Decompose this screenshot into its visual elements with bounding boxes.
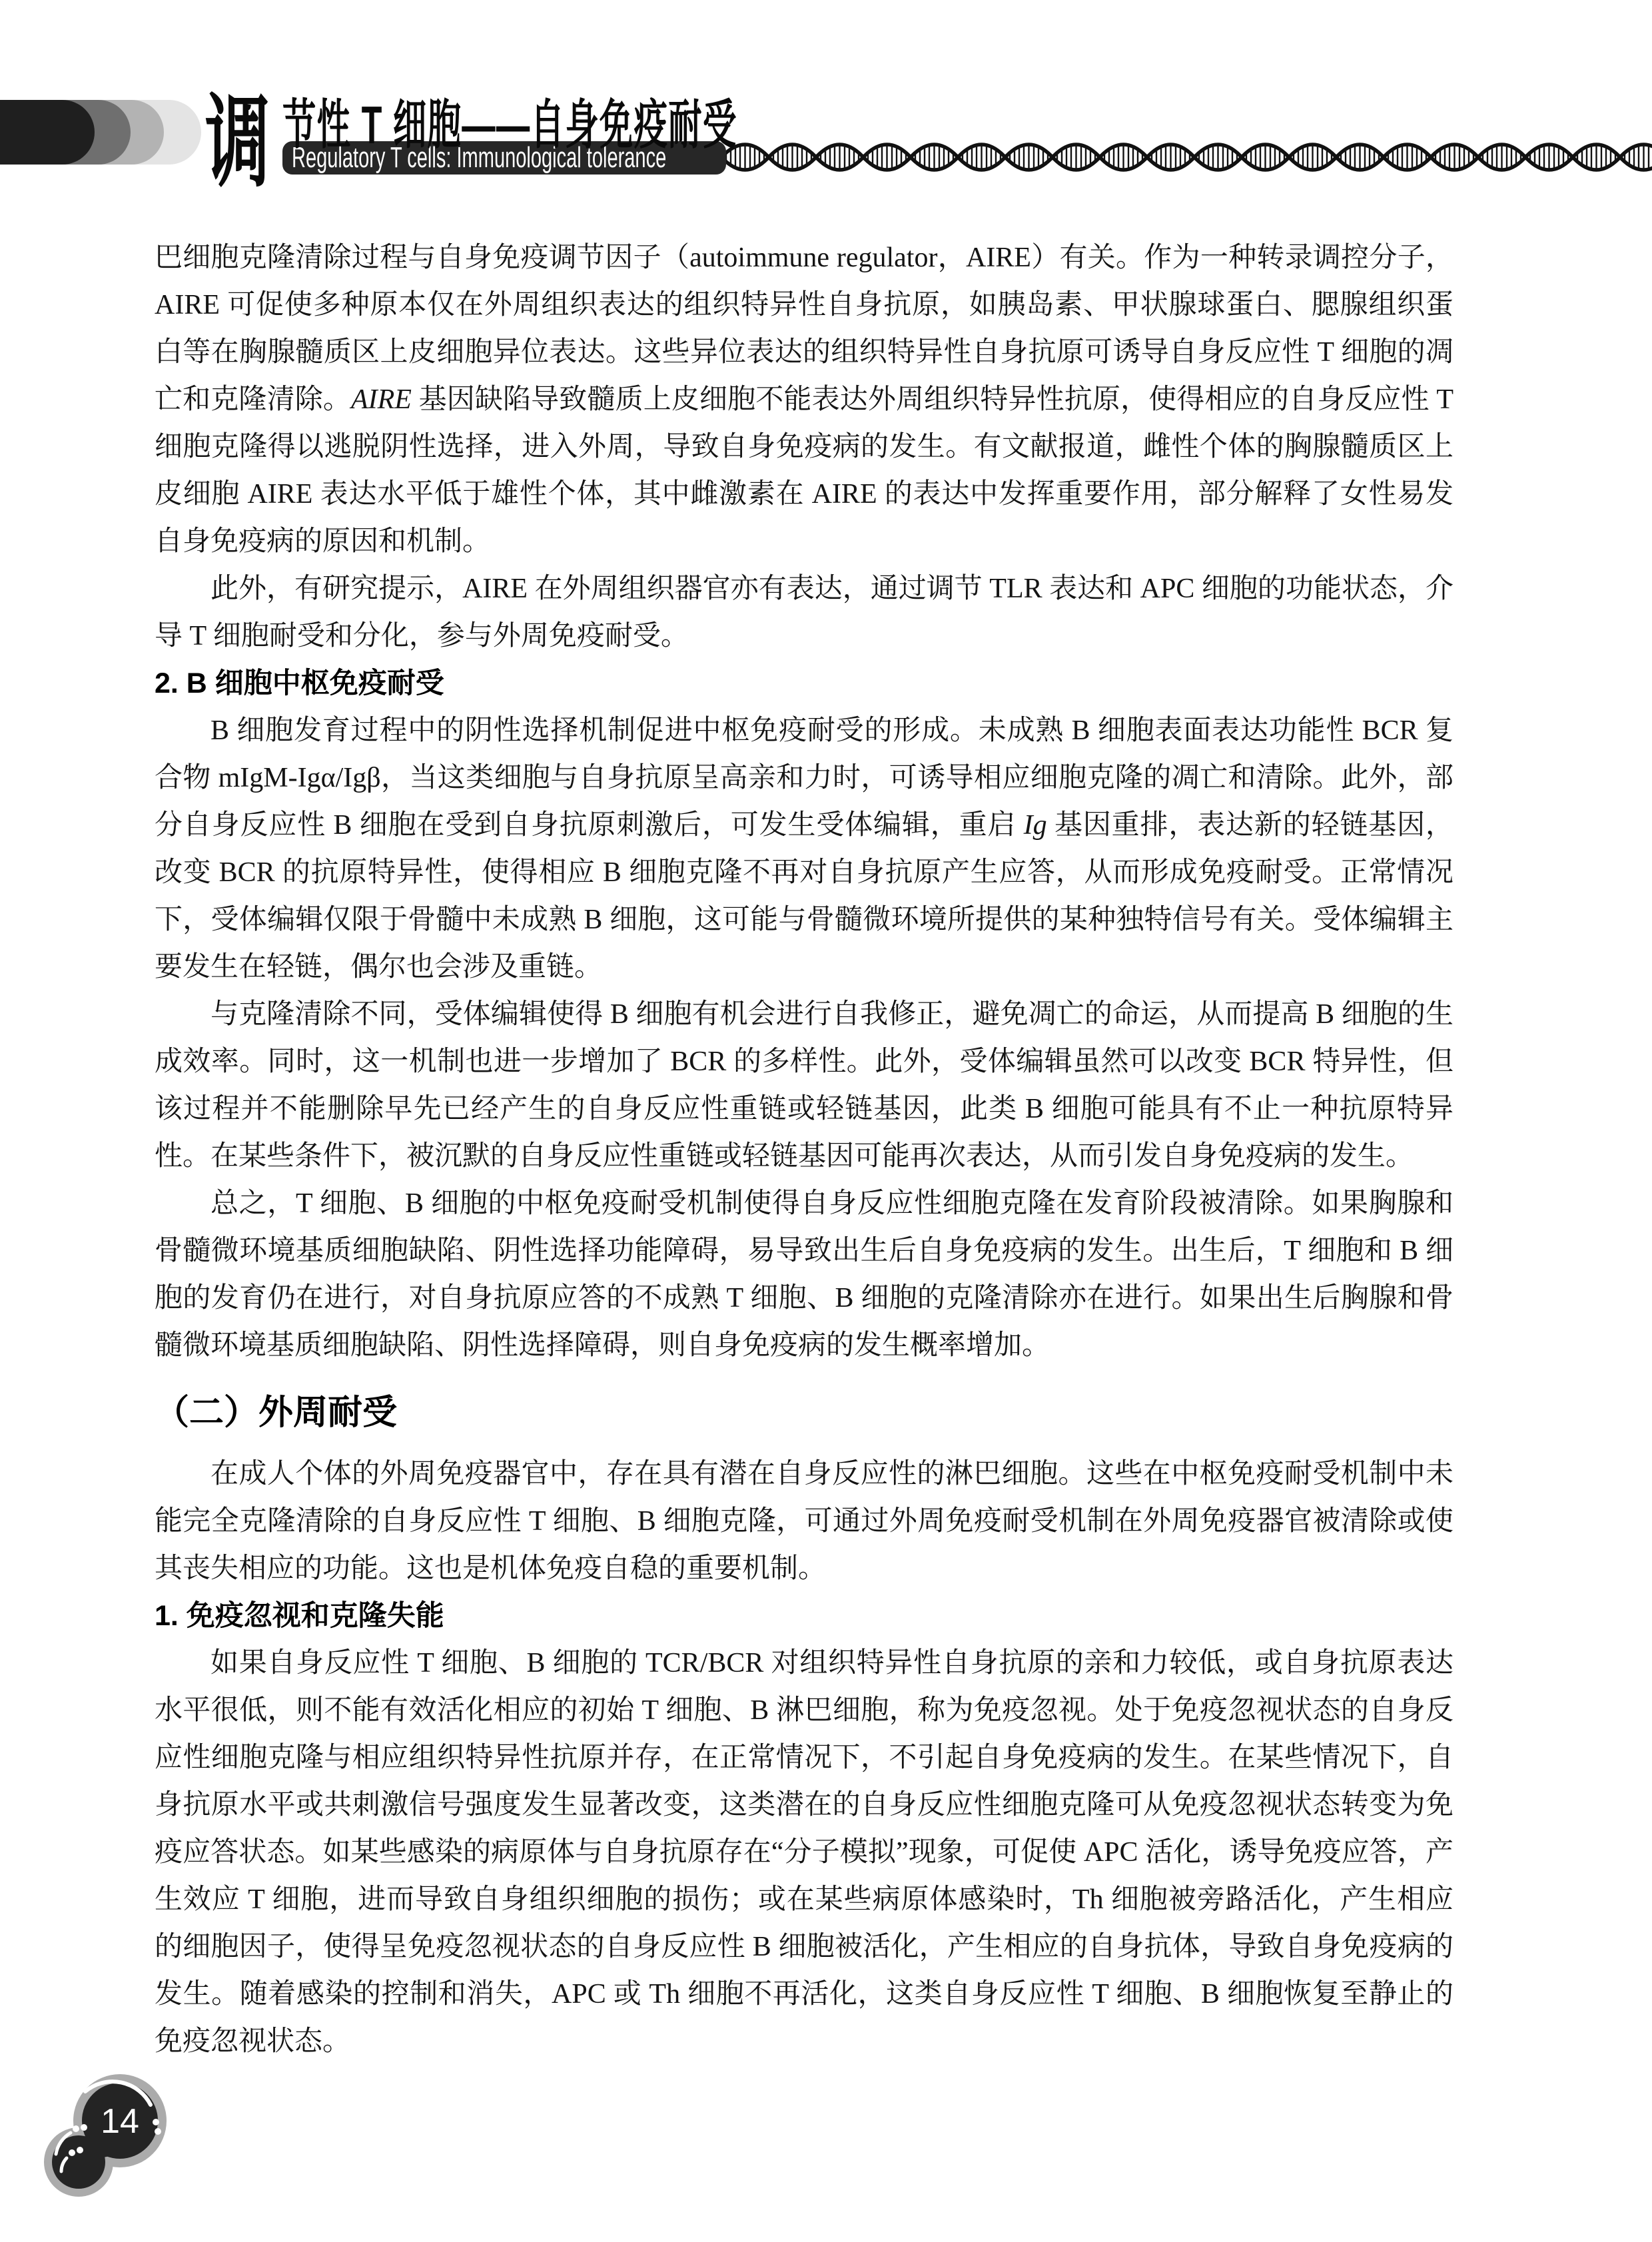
section-heading: 2. B 细胞中枢免疫耐受 xyxy=(155,660,1453,707)
body-paragraph: B 细胞发育过程中的阴性选择机制促进中枢免疫耐受的形成。未成熟 B 细胞表面表达… xyxy=(155,707,1453,991)
section-heading: （二）外周耐受 xyxy=(155,1387,1453,1439)
dna-helix-icon xyxy=(721,136,1652,179)
cell-blob-icon: 14 xyxy=(44,2070,168,2201)
body-paragraph: 在成人个体的外周免疫器官中，存在具有潜在自身反应性的淋巴细胞。这些在中枢免疫耐受… xyxy=(155,1451,1453,1593)
page-body: 巴细胞克隆清除过程与自身免疫调节因子（autoimmune regulator，… xyxy=(155,234,1453,2065)
body-paragraph: 巴细胞克隆清除过程与自身免疫调节因子（autoimmune regulator，… xyxy=(155,234,1453,565)
book-page: 调 节性 T 细胞——自身免疫耐受 Regulatory T cells: Im… xyxy=(0,0,1652,2242)
page-number: 14 xyxy=(101,2102,139,2141)
page-number-badge: 14 xyxy=(44,2070,168,2201)
body-paragraph: 此外，有研究提示，AIRE 在外周组织器官亦有表达，通过调节 TLR 表达和 A… xyxy=(155,565,1453,660)
body-paragraph: 如果自身反应性 T 细胞、B 细胞的 TCR/BCR 对组织特异性自身抗原的亲和… xyxy=(155,1640,1453,2065)
section-heading: 1. 免疫忽视和克隆失能 xyxy=(155,1593,1453,1640)
body-paragraph: 与克隆清除不同，受体编辑使得 B 细胞有机会进行自我修正，避免凋亡的命运，从而提… xyxy=(155,991,1453,1180)
chapter-title: 节性 T 细胞——自身免疫耐受 xyxy=(282,99,737,152)
chapter-title-big-char: 调 xyxy=(205,92,270,193)
body-paragraph: 总之，T 细胞、B 细胞的中枢免疫耐受机制使得自身反应性细胞克隆在发育阶段被清除… xyxy=(155,1180,1453,1369)
header-capsule-decoration xyxy=(0,100,95,165)
